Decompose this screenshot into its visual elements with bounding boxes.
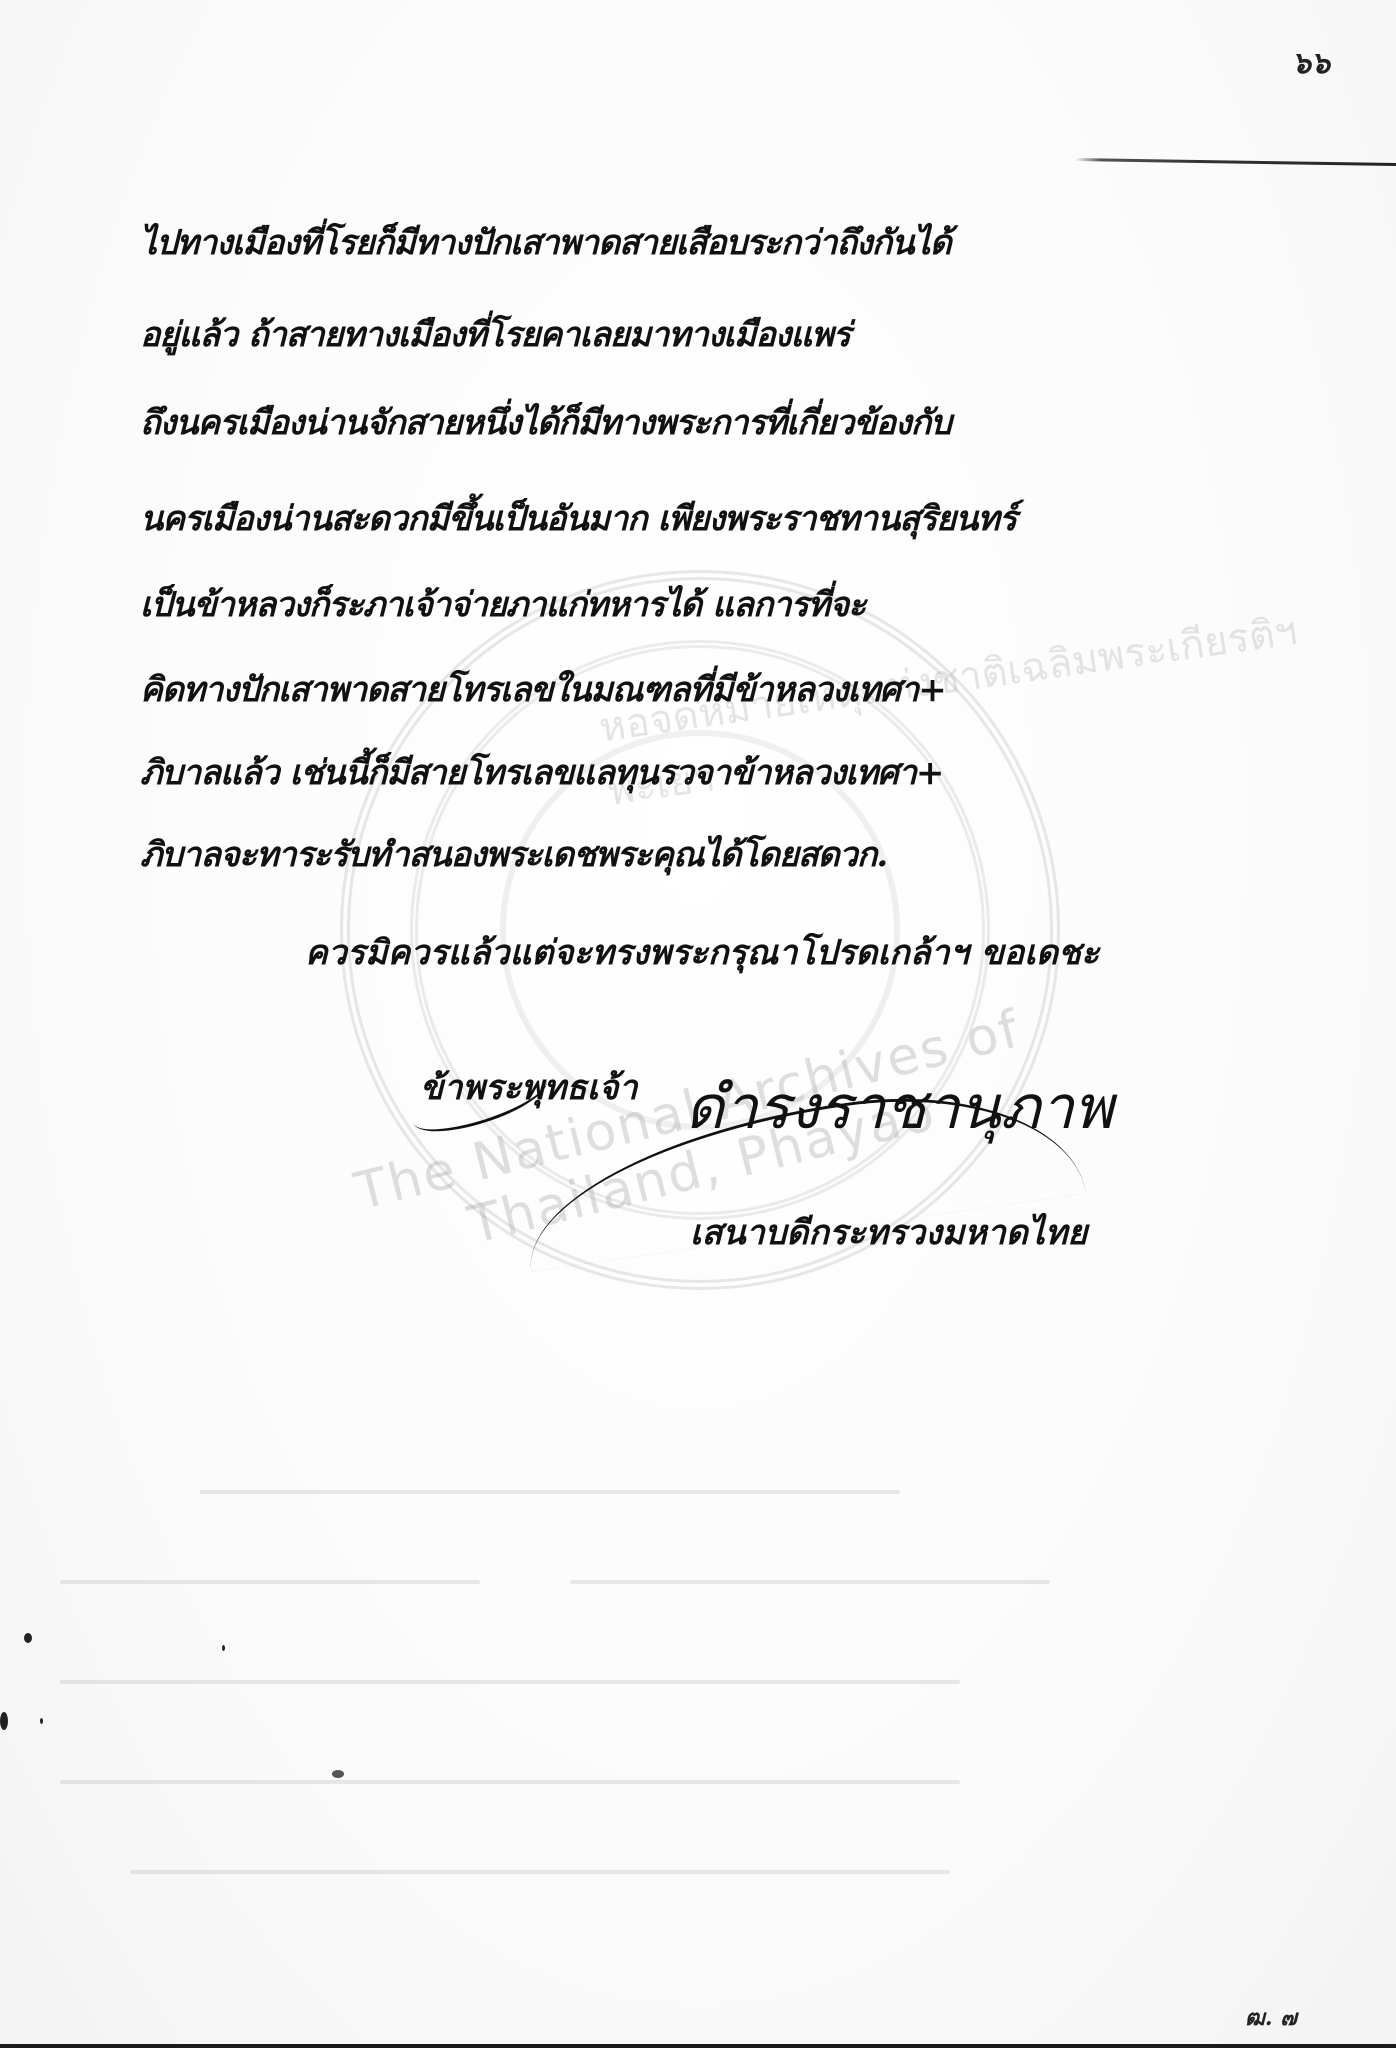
body-line-7: ภิบาลแล้ว เช่นนี้ก็มีสายโทรเลขแลทุนรวจาข… <box>140 745 943 799</box>
closing-formula: ควรมิควรแล้วแต่จะทรงพระกรุณาโปรดเกล้าฯ ข… <box>305 925 1099 979</box>
ink-speck <box>0 1712 8 1730</box>
signatory-title: เสนาบดีกระทรวงมหาดไทย <box>690 1205 1087 1259</box>
body-line-4: นครเมืองน่านสะดวกมีขึ้นเป็นอันมาก เพียงพ… <box>140 491 1016 545</box>
body-line-6: คิดทางปักเสาพาดสายโทรเลขในมณฑลที่มีข้าหล… <box>140 662 946 716</box>
bleed-through-line <box>60 1780 960 1784</box>
top-rule-line <box>1075 158 1396 166</box>
bleed-through-line <box>130 1870 950 1874</box>
document-page: หอจดหมายเหตุแห่งชาติเฉลิมพระเกียรติฯ พะเ… <box>0 0 1396 2048</box>
bleed-through-line <box>570 1580 1050 1584</box>
body-line-3: ถึงนครเมืองน่านจักสายหนึ่งได้ก็มีทางพระก… <box>140 395 951 449</box>
body-line-5: เป็นข้าหลวงก็ระภาเจ้าจ่ายภาแก่ทหารได้ แล… <box>140 577 865 631</box>
body-line-1: ไปทางเมืองที่โรยก็มีทางปักเสาพาดสายเสือบ… <box>140 215 951 269</box>
ink-speck <box>24 1633 32 1643</box>
page-bottom-edge <box>0 2044 1396 2048</box>
body-line-8: ภิบาลจะทาระรับทำสนองพระเดชพระคุณได้โดยสด… <box>140 827 887 881</box>
bleed-through-line <box>60 1680 960 1684</box>
folio-number-bottom: ฒ. ๗ <box>1245 2000 1297 2035</box>
body-line-2: อยู่แล้ว ถ้าสายทางเมืองที่โรยคาเลยมาทางเ… <box>140 307 850 361</box>
folio-number-top: ๖๖ <box>1292 40 1330 87</box>
ink-speck <box>40 1718 43 1724</box>
bleed-through-line <box>60 1580 480 1584</box>
ink-speck <box>332 1770 344 1778</box>
bleed-through-line <box>200 1490 900 1494</box>
ink-speck <box>222 1645 225 1651</box>
